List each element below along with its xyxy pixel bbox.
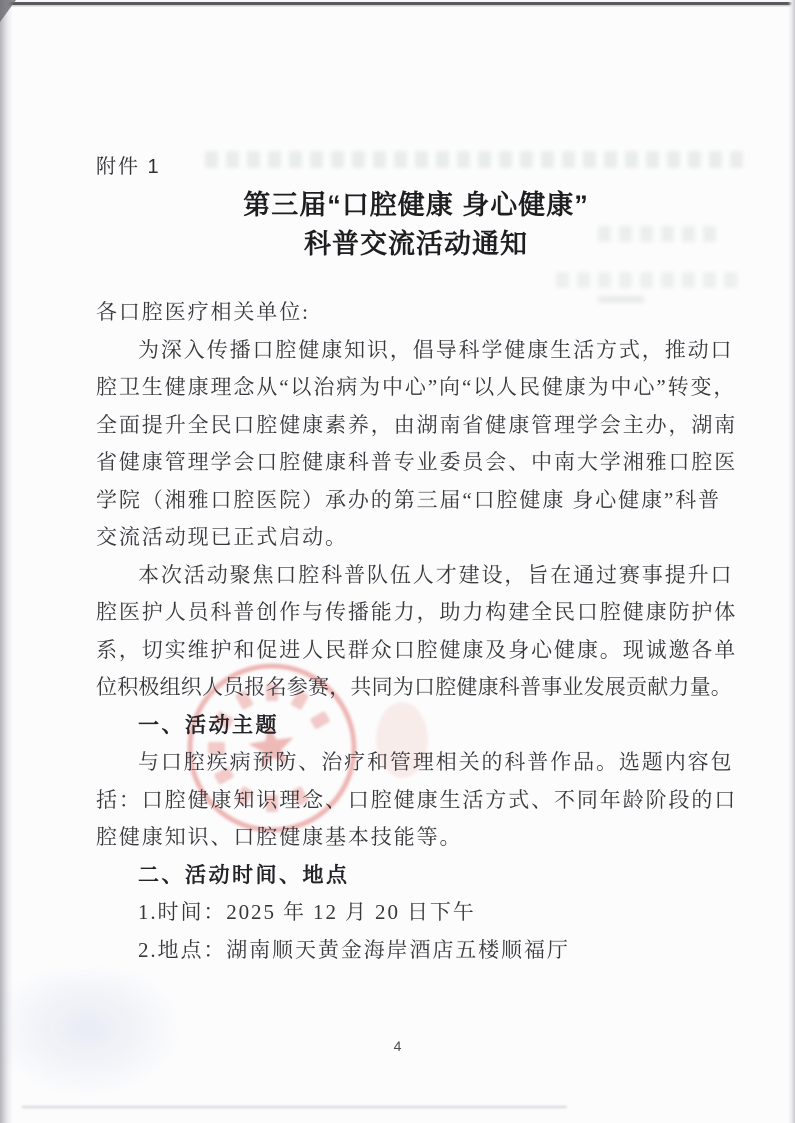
body-line-1: 为深入传播口腔健康知识，倡导科学健康生活方式，推动口 [96, 332, 748, 370]
body-line-7: 本次活动聚焦口腔科普队伍人才建设，旨在通过赛事提升口 [96, 557, 748, 595]
body-line-14: 腔健康知识、口腔健康基本技能等。 [96, 819, 748, 857]
scanned-document-page: 附件 1 第三届“口腔健康 身心健康” 科普交流活动通知 各口腔医疗相关单位: … [0, 0, 795, 1123]
body-line-9: 系，切实维护和促进人民群众口腔健康及身心健康。现诚邀各单 [96, 632, 748, 670]
body-line-8: 腔医护人员科普创作与传播能力，助力构建全民口腔健康防护体 [96, 594, 748, 632]
notice-title-line2: 科普交流活动通知 [96, 222, 736, 261]
body-line-10: 位积极组织人员报名参赛，共同为口腔健康科普事业发展贡献力量。 [96, 669, 748, 707]
scan-edge-top [0, 0, 795, 7]
body-line-5: 学院（湘雅口腔医院）承办的第三届“口腔健康 身心健康”科普 [96, 482, 748, 520]
section-heading-1: 一、活动主题 [96, 707, 748, 745]
body-line-3: 全面提升全民口腔健康素养，由湖南省健康管理学会主办，湖南 [96, 407, 748, 445]
body-line-12: 与口腔疾病预防、治疗和管理相关的科普作品。选题内容包 [96, 744, 748, 782]
bleedthrough-mark [205, 151, 745, 168]
notice-body: 各口腔医疗相关单位: 为深入传播口腔健康知识，倡导科学健康生活方式，推动口 腔卫… [96, 294, 748, 969]
paper-smudge [8, 972, 183, 1097]
body-line-salutation: 各口腔医疗相关单位: [96, 294, 748, 332]
attachment-label: 附件 1 [96, 150, 161, 179]
body-line-17: 2.地点：湖南顺天黄金海岸酒店五楼顺福厅 [96, 932, 748, 970]
notice-title-line1: 第三届“口腔健康 身心健康” [96, 183, 736, 222]
page-number: 4 [0, 1038, 795, 1054]
section-heading-2: 二、活动时间、地点 [96, 857, 748, 895]
scan-edge-left [0, 0, 13, 1123]
bleedthrough-mark [556, 272, 744, 288]
body-line-16: 1.时间：2025 年 12 月 20 日下午 [96, 894, 748, 932]
body-line-2: 腔卫生健康理念从“以治病为中心”向“以人民健康为中心”转变， [96, 369, 748, 407]
body-line-4: 省健康管理学会口腔健康科普专业委员会、中南大学湘雅口腔医 [96, 444, 748, 482]
scan-edge-right [788, 0, 795, 1123]
body-line-13: 括：口腔健康知识理念、口腔健康生活方式、不同年龄阶段的口 [96, 782, 748, 820]
scan-edge-bottom [22, 1106, 567, 1108]
body-line-6: 交流活动现已正式启动。 [96, 519, 748, 557]
